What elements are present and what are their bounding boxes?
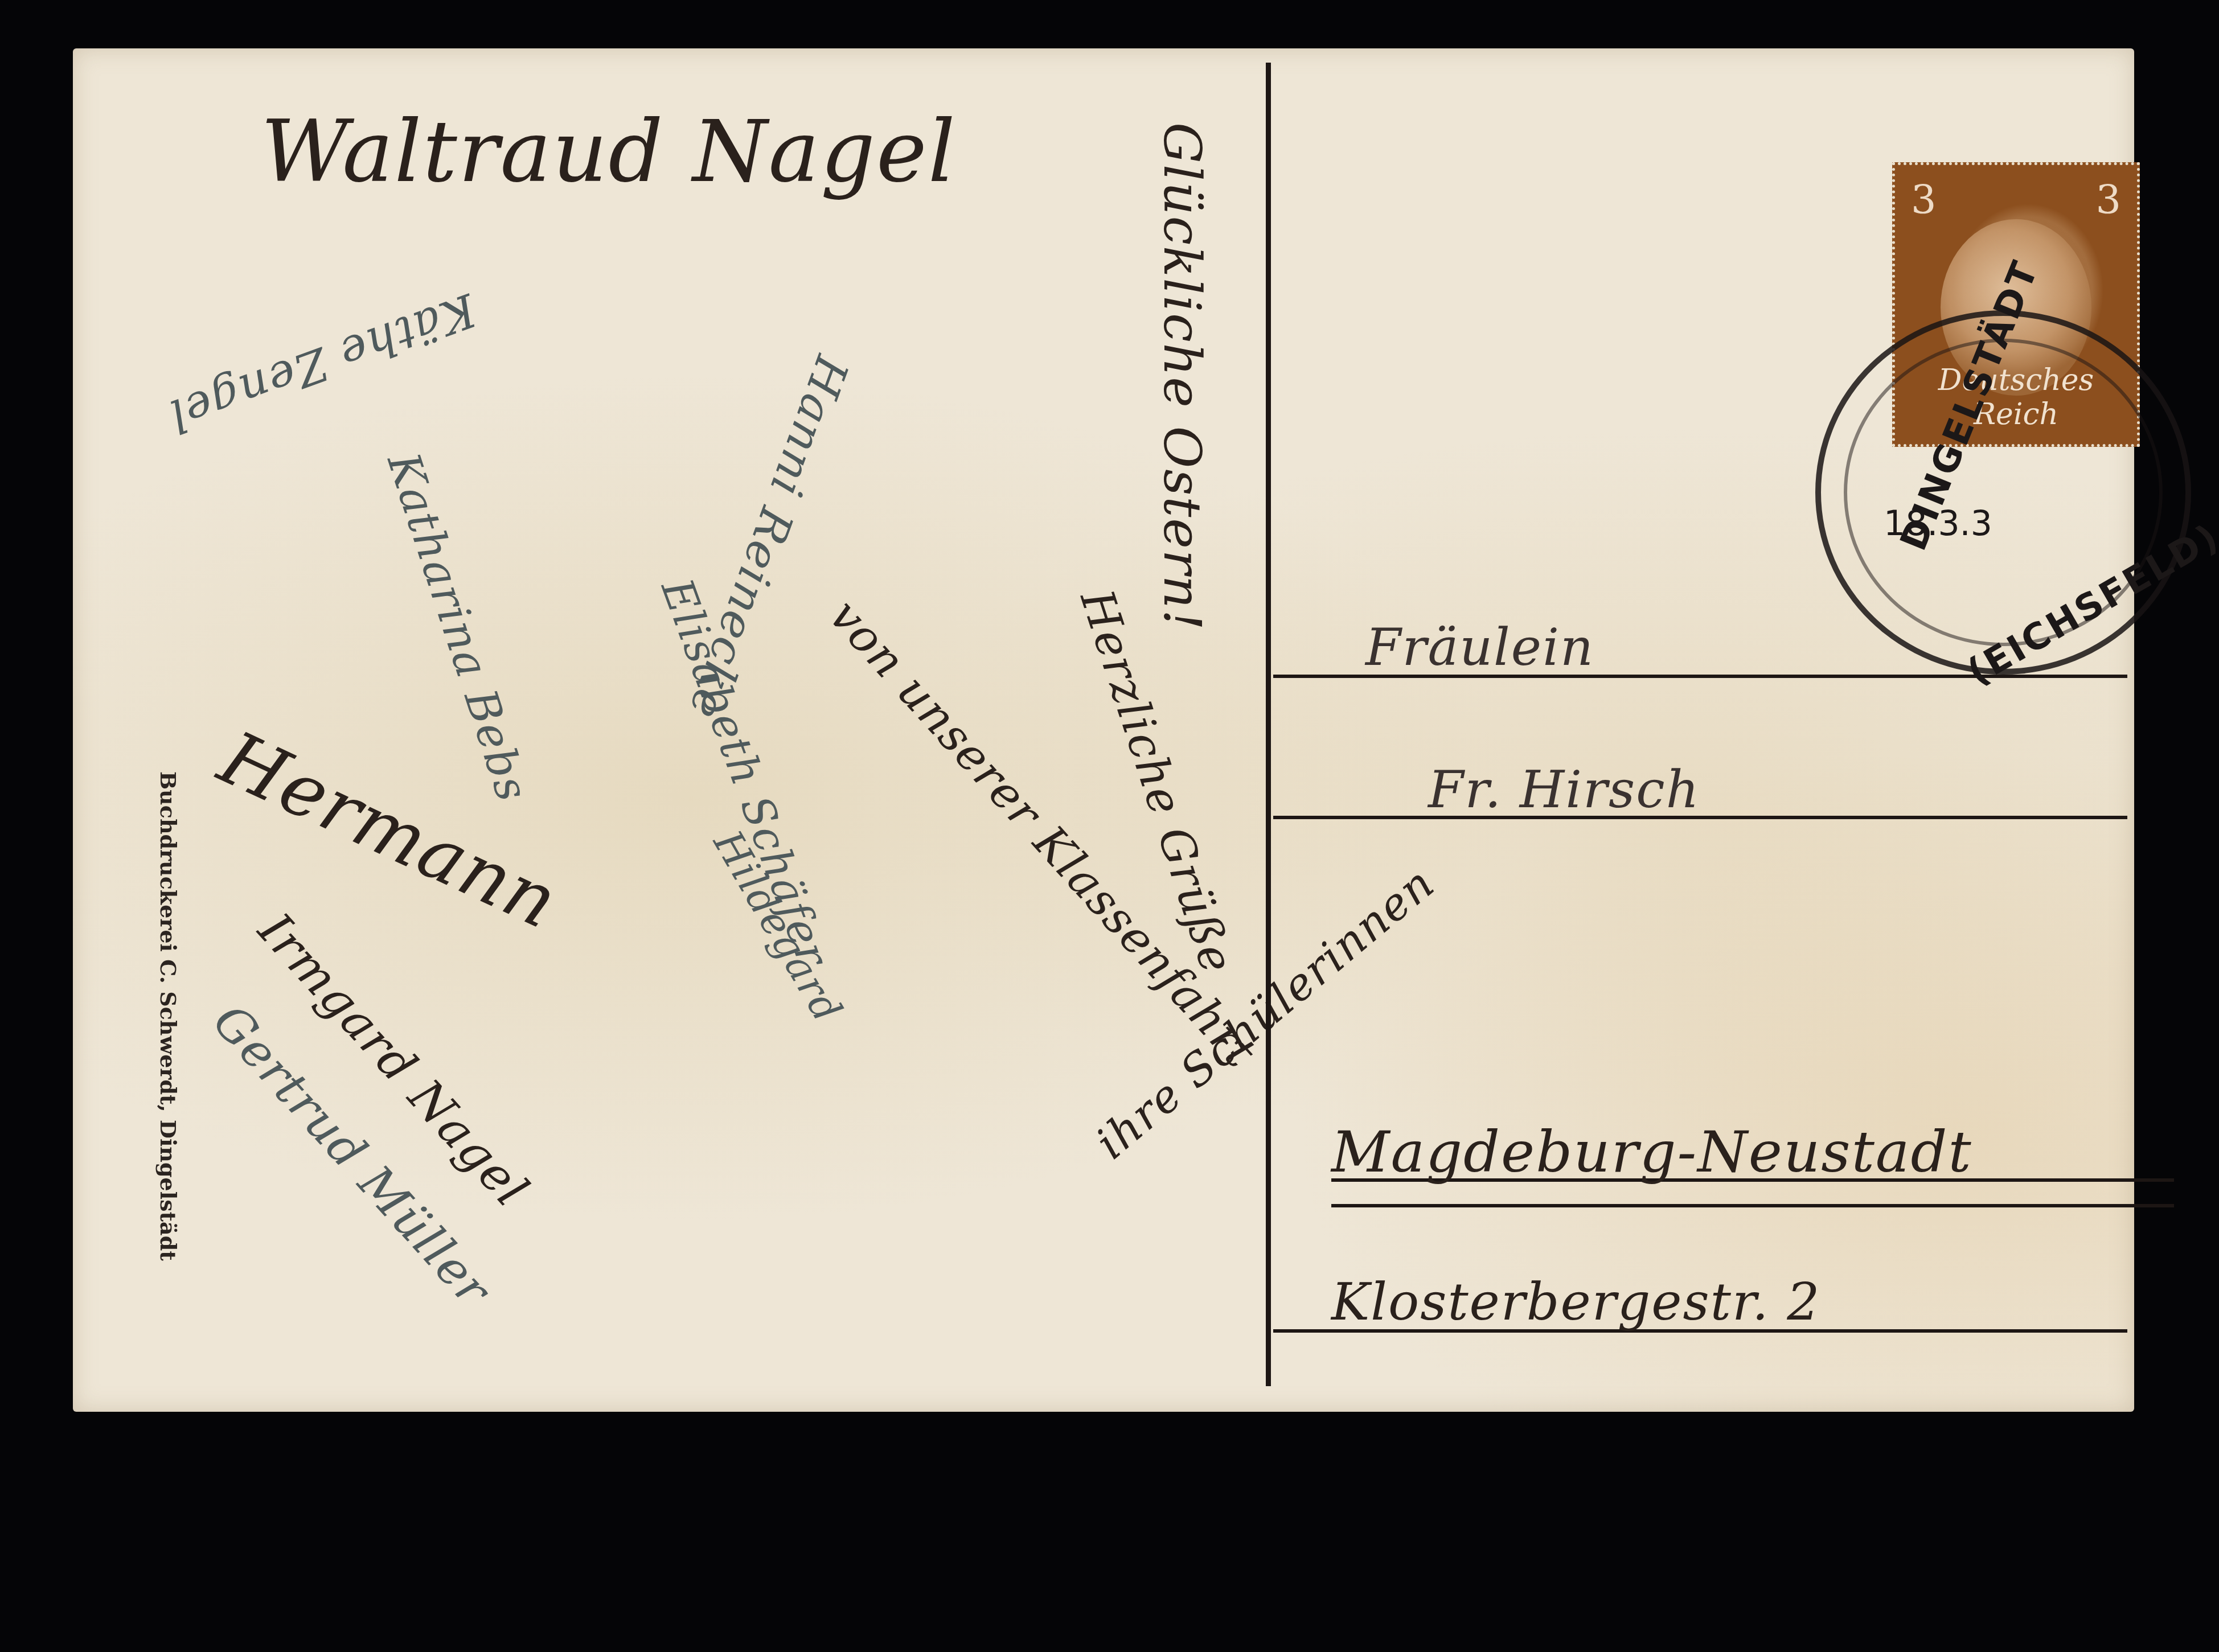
signature: Katharina Bebs <box>377 447 538 808</box>
card-divider <box>1266 63 1271 1386</box>
message-greeting: Glückliche Ostern! <box>1152 122 1212 631</box>
stamp-value: 3 <box>2095 176 2121 223</box>
printer-imprint: Buchdruckerei C. Schwerdt, Dingelstädt <box>155 771 181 1261</box>
address-rule <box>1331 1204 2174 1207</box>
signature: Käthe Zengel <box>162 283 483 443</box>
stamp-value: 3 <box>1911 176 1937 223</box>
address-line-1: Fräulein <box>1365 618 1594 677</box>
postmark: DINGELSTÄDT 18.3.3 (EICHSFELD) <box>1815 310 2191 675</box>
address-rule <box>1273 816 2127 819</box>
address-line-4: Klosterbergestr. 2 <box>1331 1272 1821 1332</box>
postcard-back: Buchdruckerei C. Schwerdt, Dingelstädt W… <box>73 48 2134 1412</box>
address-line-2: Fr. Hirsch <box>1428 760 1700 820</box>
postmark-date: 18.3.3 <box>1884 504 1992 544</box>
signature: Waltraud Nagel <box>261 102 957 202</box>
address-line-3: Magdeburg-Neustadt <box>1331 1119 1972 1185</box>
